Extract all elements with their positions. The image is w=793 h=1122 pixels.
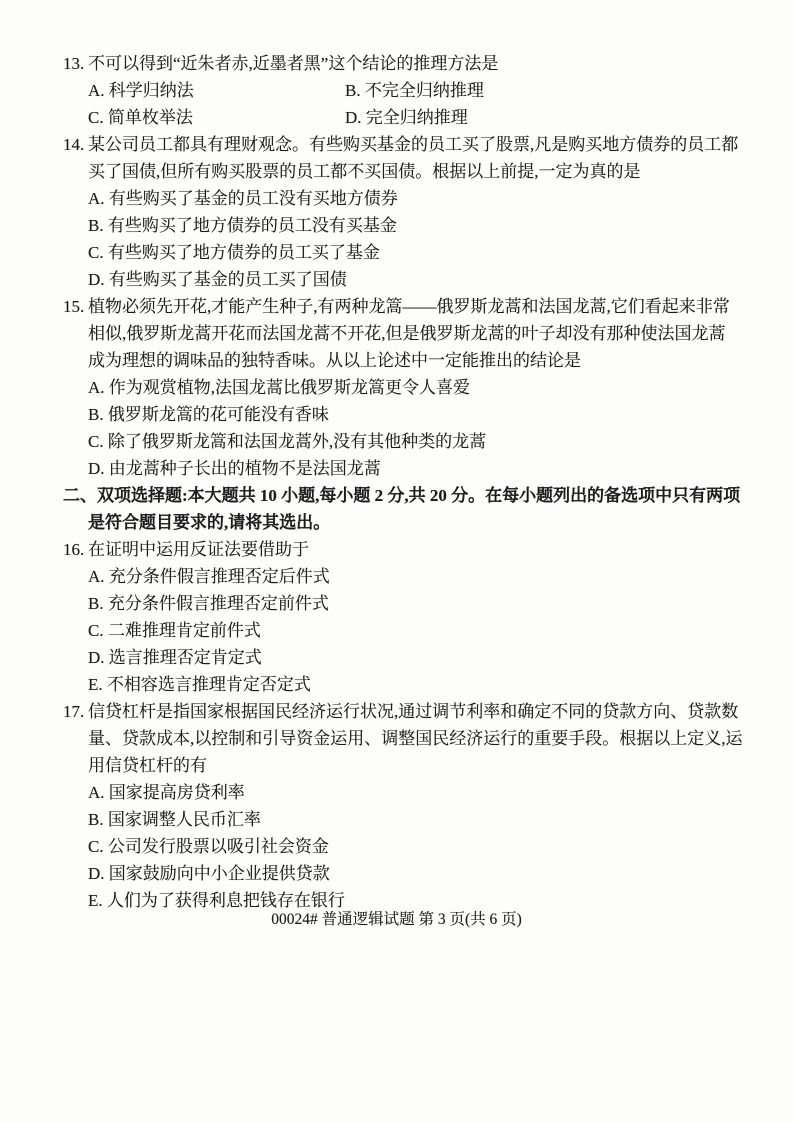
question-15-stem-line1: 植物必须先开花,才能产生种子,有两种龙篙——俄罗斯龙蒿和法国龙蒿,它们看起来非常 bbox=[88, 293, 739, 320]
section-2-heading: 二、双项选择题:本大题共 10 小题,每小题 2 分,共 20 分。在每小题列出… bbox=[63, 482, 739, 536]
question-16-number: 16. bbox=[63, 536, 84, 563]
question-16-option-b: B. 充分条件假言推理否定前件式 bbox=[88, 590, 739, 617]
exam-paper-page: 13. 不可以得到“近朱者赤,近墨者黑”这个结论的推理方法是 A. 科学归纳法 … bbox=[0, 0, 793, 1122]
question-17-option-b: B. 国家调整人民币汇率 bbox=[88, 806, 739, 833]
question-14-option-c: C. 有些购买了地方债券的员工买了基金 bbox=[88, 239, 739, 266]
question-14-option-b: B. 有些购买了地方债券的员工没有买基金 bbox=[88, 212, 739, 239]
question-14-option-a: A. 有些购买了基金的员工没有买地方债券 bbox=[88, 185, 739, 212]
question-17-option-d: D. 国家鼓励向中小企业提供贷款 bbox=[88, 860, 739, 887]
question-14-stem-line1: 某公司员工都具有理财观念。有些购买基金的员工买了股票,凡是购买地方债券的员工都 bbox=[88, 131, 739, 158]
question-16-option-d: D. 选言推理否定肯定式 bbox=[88, 644, 739, 671]
question-17: 17. 信贷杠杆是指国家根据国民经济运行状况,通过调节利率和确定不同的贷款方向、… bbox=[63, 698, 739, 914]
question-13-option-c: C. 简单枚举法 bbox=[88, 104, 345, 131]
question-13-option-d: D. 完全归纳推理 bbox=[345, 104, 739, 131]
question-16-stem: 在证明中运用反证法要借助于 bbox=[88, 536, 739, 563]
question-13-option-a: A. 科学归纳法 bbox=[88, 77, 345, 104]
section-2-heading-line1: 二、双项选择题:本大题共 10 小题,每小题 2 分,共 20 分。在每小题列出… bbox=[63, 482, 739, 509]
section-2-heading-line2: 是符合题目要求的,请将其选出。 bbox=[88, 509, 739, 536]
question-15: 15. 植物必须先开花,才能产生种子,有两种龙篙——俄罗斯龙蒿和法国龙蒿,它们看… bbox=[63, 293, 739, 482]
question-17-stem-line2: 量、贷款成本,以控制和引导资金运用、调整国民经济运行的重要手段。根据以上定义,运 bbox=[88, 725, 739, 752]
question-16-option-e: E. 不相容选言推理肯定否定式 bbox=[88, 671, 739, 698]
question-14-stem-line2: 买了国债,但所有购买股票的员工都不买国债。根据以上前提,一定为真的是 bbox=[88, 158, 739, 185]
question-15-stem-line2: 相似,俄罗斯龙蒿开花而法国龙蒿不开花,但是俄罗斯龙蒿的叶子却没有那种使法国龙蒿 bbox=[88, 320, 739, 347]
question-15-option-c: C. 除了俄罗斯龙篙和法国龙蒿外,没有其他种类的龙蒿 bbox=[88, 428, 739, 455]
question-15-option-b: B. 俄罗斯龙篙的花可能没有香味 bbox=[88, 401, 739, 428]
question-17-option-a: A. 国家提高房贷利率 bbox=[88, 779, 739, 806]
question-16-option-c: C. 二难推理肯定前件式 bbox=[88, 617, 739, 644]
question-15-stem-line3: 成为理想的调味品的独特香味。从以上论述中一定能推出的结论是 bbox=[88, 347, 739, 374]
question-17-option-c: C. 公司发行股票以吸引社会资金 bbox=[88, 833, 739, 860]
question-13-options: A. 科学归纳法 B. 不完全归纳推理 C. 简单枚举法 D. 完全归纳推理 bbox=[88, 77, 739, 131]
page-footer: 00024# 普通逻辑试题 第 3 页(共 6 页) bbox=[0, 906, 793, 933]
question-17-stem-line3: 用信贷杠杆的有 bbox=[88, 752, 739, 779]
question-14-option-d: D. 有些购买了基金的员工买了国债 bbox=[88, 266, 739, 293]
question-15-option-a: A. 作为观赏植物,法国龙蒿比俄罗斯龙篙更令人喜爱 bbox=[88, 374, 739, 401]
question-14: 14. 某公司员工都具有理财观念。有些购买基金的员工买了股票,凡是购买地方债券的… bbox=[63, 131, 739, 293]
question-13-number: 13. bbox=[63, 50, 84, 77]
question-17-stem-line1: 信贷杠杆是指国家根据国民经济运行状况,通过调节利率和确定不同的贷款方向、贷款数 bbox=[88, 698, 739, 725]
question-13-option-b: B. 不完全归纳推理 bbox=[345, 77, 739, 104]
question-16: 16. 在证明中运用反证法要借助于 A. 充分条件假言推理否定后件式 B. 充分… bbox=[63, 536, 739, 698]
question-14-number: 14. bbox=[63, 131, 84, 158]
question-17-number: 17. bbox=[63, 698, 84, 725]
question-13: 13. 不可以得到“近朱者赤,近墨者黑”这个结论的推理方法是 A. 科学归纳法 … bbox=[63, 50, 739, 131]
page-content: 13. 不可以得到“近朱者赤,近墨者黑”这个结论的推理方法是 A. 科学归纳法 … bbox=[63, 50, 739, 914]
question-13-stem: 不可以得到“近朱者赤,近墨者黑”这个结论的推理方法是 bbox=[88, 50, 739, 77]
question-16-option-a: A. 充分条件假言推理否定后件式 bbox=[88, 563, 739, 590]
question-15-number: 15. bbox=[63, 293, 84, 320]
question-15-option-d: D. 由龙蒿种子长出的植物不是法国龙蒿 bbox=[88, 455, 739, 482]
